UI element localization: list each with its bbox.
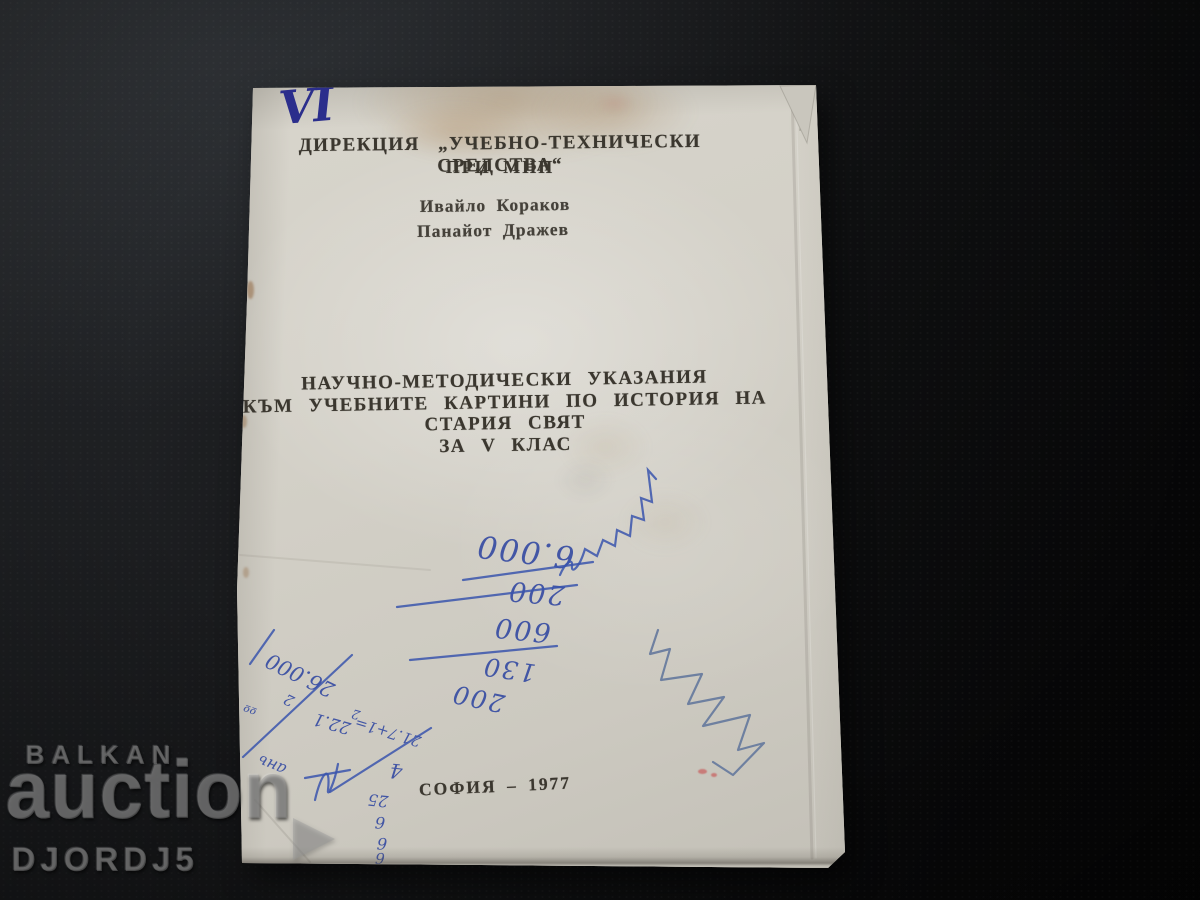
- stain-pink-spot: [595, 91, 635, 115]
- rust-speck-1: [247, 281, 254, 299]
- watermark-auction: auction: [6, 744, 293, 838]
- handwritten-note-sum-line: 21.7+1=: [352, 713, 424, 751]
- handwritten-note-6a: 6: [372, 813, 387, 833]
- handwritten-note-2a: 2: [278, 688, 300, 711]
- red-ink-dot-1: [698, 769, 707, 774]
- handwritten-sum-130: 130: [469, 650, 548, 689]
- watermark-play-triangle-icon: [293, 818, 335, 860]
- author-2: Панайот Дражев: [343, 218, 643, 243]
- blue-ink-lines: [243, 470, 656, 800]
- booklet: ДИРЕКЦИЯ „УЧЕБНО-ТЕХНИЧЕСКИ СРЕДСТВА“ ПР…: [235, 83, 850, 875]
- stain-shadow-mid: [555, 458, 615, 502]
- squiggle-mark: [650, 630, 764, 775]
- booklet-cover-paper: ДИРЕКЦИЯ „УЧЕБНО-ТЕХНИЧЕСКИ СРЕДСТВА“ ПР…: [235, 83, 850, 875]
- rust-speck-3: [243, 567, 249, 578]
- handwritten-sum-600: 600: [483, 610, 562, 649]
- red-ink-dot-2: [711, 773, 717, 777]
- corner-fold: [780, 85, 816, 143]
- auction-photo: ДИРЕКЦИЯ „УЧЕБНО-ТЕХНИЧЕСКИ СРЕДСТВА“ ПР…: [0, 0, 1200, 900]
- imprint-city-year: СОФИЯ – 1977: [390, 771, 601, 802]
- handwritten-note-25: 25: [366, 790, 390, 811]
- stain-mid-2: [620, 490, 710, 554]
- handwritten-note-4: 4: [386, 758, 406, 784]
- scribble-stroke: [315, 764, 338, 800]
- handwritten-sum-200a: 200: [497, 574, 575, 612]
- handwritten-note-6c: 6: [372, 849, 387, 868]
- title-block: НАУЧНО-МЕТОДИЧЕСКИ УКАЗАНИЯ КЪМ УЧЕБНИТЕ…: [234, 365, 775, 460]
- handwritten-corner-mark: VI: [277, 77, 335, 135]
- handwritten-note-oo: ºº: [239, 696, 263, 718]
- handwritten-sum-6000: 6.000: [468, 526, 582, 575]
- header-line2: ПРИ МНП: [250, 157, 750, 178]
- author-1: Ивайло Кораков: [345, 193, 645, 218]
- watermark-djordj5: DJORDJ5: [12, 841, 199, 879]
